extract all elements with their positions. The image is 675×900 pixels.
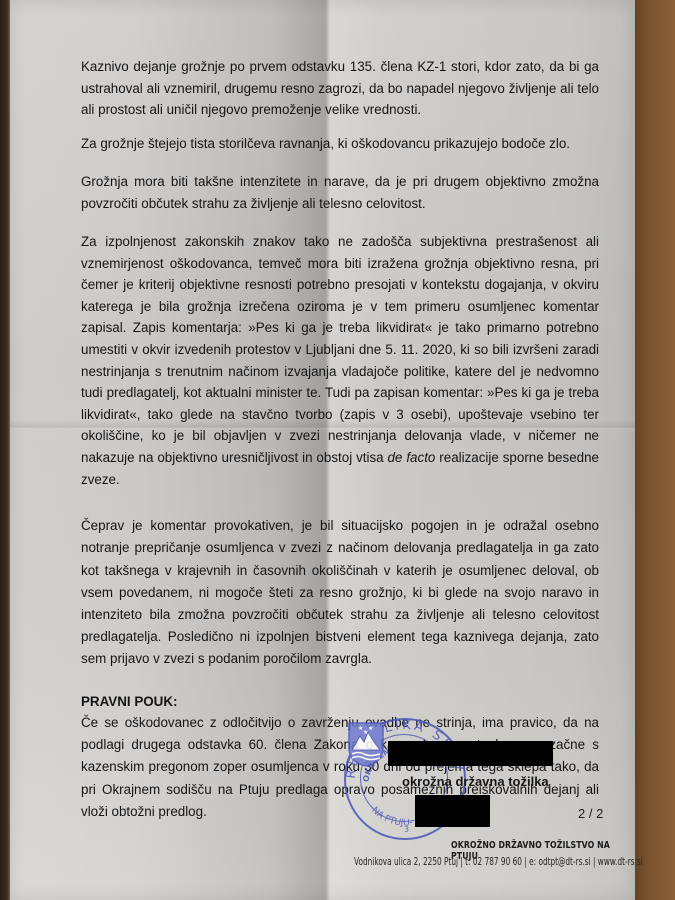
legal-notice-text: Če se oškodovanec z odločitvijo o zavrže… <box>81 712 599 823</box>
page-number: 2 / 2 <box>578 806 603 821</box>
redacted-signer-name <box>388 741 553 766</box>
stamp-number: 3 <box>404 825 409 834</box>
legal-notice-heading: PRAVNI POUK: <box>81 691 599 713</box>
analysis-italic: de facto <box>388 450 436 465</box>
paragraph-definition: Kaznivo dejanje grožnje po prvem odstavk… <box>81 56 599 121</box>
redacted-signature <box>415 795 490 827</box>
footer-address: Vodnikova ulica 2, 2250 Ptuj | t: 02 787… <box>354 856 643 868</box>
analysis-text: Za izpolnjenost zakonskih znakov tako ne… <box>81 234 599 465</box>
paragraph-threats: Za grožnje štejejo tista storilčeva ravn… <box>81 133 599 155</box>
svg-text:★: ★ <box>368 725 373 732</box>
paragraph-conclusion: Čeprav je komentar provokativen, je bil … <box>81 515 599 670</box>
document-body: Kaznivo dejanje grožnje po prvem odstavk… <box>81 56 599 843</box>
table-surface-right <box>630 0 675 900</box>
coat-of-arms-icon: ★ ★ ★ <box>346 720 386 768</box>
paragraph-analysis: Za izpolnjenost zakonskih znakov tako ne… <box>81 231 599 490</box>
svg-text:★: ★ <box>363 729 368 736</box>
signer-title: okrožna državna tožilka <box>402 774 549 789</box>
paragraph-intensity: Grožnja mora biti takšne intenzitete in … <box>81 171 599 214</box>
